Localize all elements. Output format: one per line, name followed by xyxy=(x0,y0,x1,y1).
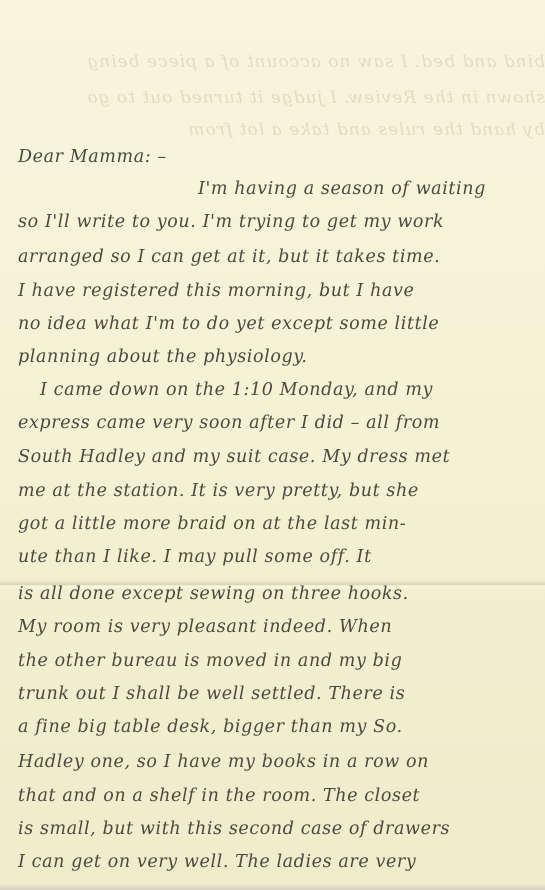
letter-line: the other bureau is moved in and my big xyxy=(18,650,538,672)
letter-line: that and on a shelf in the room. The clo… xyxy=(18,785,538,807)
letter-line: a fine big table desk, bigger than my So… xyxy=(18,716,538,738)
letter-line: so I'll write to you. I'm trying to get … xyxy=(18,211,538,233)
letter-line: I'm having a season of waiting xyxy=(18,178,538,200)
bleed-through-text: shown in the Review. I judge it turned o… xyxy=(0,88,545,108)
letter-line: I can get on very well. The ladies are v… xyxy=(18,851,538,873)
letter-line: South Hadley and my suit case. My dress … xyxy=(18,446,538,468)
page-bottom-edge xyxy=(0,884,545,890)
letter-line: trunk out I shall be well settled. There… xyxy=(18,683,538,705)
letter-line: is all done except sewing on three hooks… xyxy=(18,583,538,605)
letter-line: ute than I like. I may pull some off. It xyxy=(18,546,538,568)
letter-line: planning about the physiology. xyxy=(18,346,538,368)
letter-line: My room is very pleasant indeed. When xyxy=(18,616,538,638)
bleed-through-text: by hand the rules and take a lot from xyxy=(0,120,545,140)
letter-line: no idea what I'm to do yet except some l… xyxy=(18,313,538,335)
letter-line: is small, but with this second case of d… xyxy=(18,818,538,840)
letter-line-registered: I have registered this morning, but I ha… xyxy=(18,280,538,302)
bleed-through-text: bind and bed. I saw no account of a piec… xyxy=(0,52,545,72)
letter-line: got a little more braid on at the last m… xyxy=(18,513,538,535)
letter-line-text: I have registered this morning, but I ha… xyxy=(18,281,414,301)
letter-line: Hadley one, so I have my books in a row … xyxy=(18,751,538,773)
letter-line: me at the station. It is very pretty, bu… xyxy=(18,480,538,502)
letter-line: I came down on the 1:10 Monday, and my xyxy=(18,379,538,401)
letter-line: express came very soon after I did – all… xyxy=(18,412,538,434)
letter-page: bind and bed. I saw no account of a piec… xyxy=(0,0,545,890)
letter-line: arranged so I can get at it, but it take… xyxy=(18,246,538,268)
salutation: Dear Mamma: – xyxy=(18,146,538,168)
